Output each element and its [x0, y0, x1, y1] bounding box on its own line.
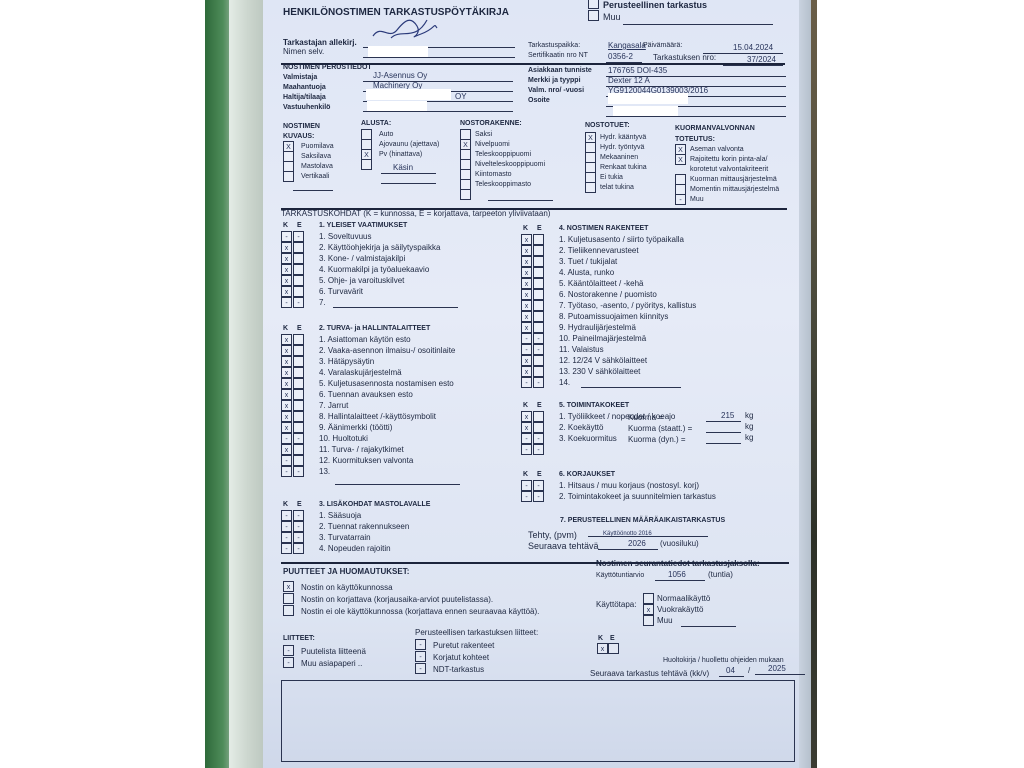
brand-value: Dexter 12 A [608, 76, 650, 86]
check-item-label: 12. Kuormituksen valvonta [319, 456, 413, 466]
description-option-label: Saksilava [301, 152, 331, 162]
serial-label: Valm. nro/ -vuosi [528, 86, 584, 96]
check-item-label: 1. Soveltuvuus [319, 232, 371, 242]
k-checkbox[interactable]: - [281, 455, 292, 466]
s1-blank-line [333, 307, 458, 308]
e-checkbox[interactable]: - [293, 231, 304, 242]
e-checkbox[interactable] [533, 245, 544, 256]
col-e-header: E [297, 324, 302, 334]
check-item-label: 10. Paineilmajärjestelmä [559, 334, 646, 344]
hours-label: Käyttötuntiarvio [596, 571, 644, 581]
e-checkbox[interactable]: - [533, 333, 544, 344]
k-checkbox[interactable]: x [521, 267, 532, 278]
check-item-label: 2. Vaaka-asennon ilmaisu-/ osoitinlaite [319, 346, 455, 356]
load-monitoring-option-label: Aseman valvonta [690, 145, 744, 155]
inspection-form-sheet: HENKILÖNOSTIMEN TARKASTUSPÖYTÄKIRJA Peru… [263, 0, 799, 768]
col-e-header: E [537, 470, 542, 480]
check-item-label: 4. Kuormakilpi ja työaluekaavio [319, 265, 429, 275]
description-line [293, 190, 333, 191]
e-checkbox[interactable]: - [293, 532, 304, 543]
check-item-label: 6. Tuennan avauksen esto [319, 390, 413, 400]
check-item-label: 4. Varalaskujärjestelmä [319, 368, 402, 378]
attachment-label: Muu asiapaperi .. [301, 659, 362, 669]
defect-option-label: Nostin on käyttökunnossa [301, 583, 393, 593]
k-checkbox[interactable]: - [521, 444, 532, 455]
place-label: Tarkastuspaikka: [528, 41, 580, 51]
check-item-label: 4. Alusta, runko [559, 268, 614, 278]
e-checkbox[interactable] [533, 289, 544, 300]
structure-checkbox[interactable] [460, 189, 471, 200]
e-checkbox[interactable]: - [293, 521, 304, 532]
e-checkbox[interactable] [533, 322, 544, 333]
photo-background: HENKILÖNOSTIMEN TARKASTUSPÖYTÄKIRJA Peru… [205, 0, 817, 768]
thorough-attachment-checkbox[interactable]: - [415, 663, 426, 674]
address-label: Osoite [528, 96, 550, 106]
structure-option-label: Teleskooppimasto [475, 180, 531, 190]
supports-option-label: Ei tukia [600, 173, 623, 183]
responsible-line [363, 111, 513, 112]
base-line-2 [381, 183, 436, 184]
check-item-label: 2. Koekäyttö [559, 423, 603, 433]
check-item-label: 3. Tuet / tukijalat [559, 257, 617, 267]
col-e-header: E [297, 221, 302, 231]
check-item-label: 10. Huoltotuki [319, 434, 368, 444]
k-checkbox[interactable]: x [281, 242, 292, 253]
usage-option-label: Vuokrakäyttö [657, 605, 703, 615]
k-checkbox[interactable]: x [521, 289, 532, 300]
notes-box[interactable] [281, 680, 795, 762]
e-checkbox[interactable]: - [533, 480, 544, 491]
check-item-label: 9. Äänimerkki (töötti) [319, 423, 392, 433]
hours-line [655, 580, 705, 581]
e-checkbox[interactable] [293, 367, 304, 378]
redacted-responsible [367, 101, 427, 111]
k-checkbox[interactable]: x [281, 264, 292, 275]
k-checkbox[interactable]: x [281, 367, 292, 378]
defect-checkbox[interactable]: x [283, 581, 294, 592]
structure-option-label: Nivelpuomi [475, 140, 510, 150]
load-monitoring-option-label: Rajoitettu korin pinta-ala/ [690, 155, 767, 165]
k-checkbox[interactable]: x [281, 334, 292, 345]
load-monitoring-option-label: Kuorman mittausjärjestelmä [690, 175, 777, 185]
brand-label: Merkki ja tyyppi [528, 76, 581, 86]
cert-value: 0356-2 [608, 52, 633, 62]
e-checkbox[interactable] [533, 256, 544, 267]
e-checkbox[interactable]: - [533, 344, 544, 355]
next-year: 2025 [768, 664, 786, 674]
s7-next-label: Seuraava tehtävä [528, 541, 599, 551]
check-item-label: 1. Hitsaus / muu korjaus (nostosyl. korj… [559, 481, 699, 491]
structure-heading: NOSTORAKENNE: [460, 119, 522, 129]
owner-label: Haltija/tilaaja [283, 93, 326, 103]
section-title-s2: 2. TURVA- ja HALLINTALAITTEET [319, 324, 430, 334]
defect-checkbox[interactable] [283, 593, 294, 604]
k-checkbox[interactable]: - [281, 510, 292, 521]
structure-line [488, 200, 553, 201]
k-checkbox[interactable]: - [281, 231, 292, 242]
k-checkbox[interactable]: - [281, 521, 292, 532]
s5-value-line [706, 432, 741, 433]
hours-suffix: (tuntia) [708, 570, 733, 580]
checks-heading: TARKASTUSKOHDAT (K = kunnossa, E = korja… [281, 209, 550, 219]
col-k-header: K [523, 401, 528, 411]
supports-option-label: telat tukina [600, 183, 634, 193]
e-checkbox[interactable] [293, 455, 304, 466]
attachment-checkbox[interactable]: - [283, 657, 294, 668]
e-checkbox[interactable] [293, 286, 304, 297]
s7-done-line [588, 536, 708, 537]
load-monitoring-checkbox[interactable]: X [675, 154, 686, 165]
importer-label: Maahantuoja [283, 83, 326, 93]
k-checkbox[interactable]: - [521, 480, 532, 491]
check-item-label: 5. Kääntölaitteet / -kehä [559, 279, 644, 289]
sleeve-right-edge [799, 0, 811, 768]
supports-checkbox[interactable] [585, 182, 596, 193]
load-monitoring-option-label: Muu [690, 195, 704, 205]
next-month: 04 [726, 666, 735, 676]
e-checkbox[interactable]: - [533, 444, 544, 455]
check-item-label: 12. 12/24 V sähkölaitteet [559, 356, 647, 366]
check-item-label: 1. Asiattoman käytön esto [319, 335, 411, 345]
check-item-label: 3. Koekuormitus [559, 434, 617, 444]
e-checkbox[interactable] [293, 356, 304, 367]
k-checkbox[interactable]: x [521, 411, 532, 422]
customer-id-value: 176765 DOI-435 [608, 66, 667, 76]
next-slash: / [748, 666, 750, 676]
k-checkbox[interactable]: - [521, 344, 532, 355]
col-k-header: K [523, 224, 528, 234]
s5-unit: kg [745, 433, 753, 443]
thorough-attachments-heading: Perusteellisen tarkastuksen liitteet: [415, 628, 538, 638]
e-checkbox[interactable] [293, 334, 304, 345]
number-line [723, 65, 783, 66]
label-perusteellinen: Perusteellinen tarkastus [603, 0, 707, 10]
e-checkbox[interactable] [293, 389, 304, 400]
k-checkbox[interactable]: x [281, 253, 292, 264]
redacted-address-1 [608, 93, 688, 104]
e-checkbox[interactable] [293, 411, 304, 422]
e-checkbox[interactable] [293, 242, 304, 253]
k-checkbox[interactable]: x [281, 411, 292, 422]
check-item-label: 8. Putoamissuojaimen kiinnitys [559, 312, 668, 322]
supports-option-label: Hydr. kääntyvä [600, 133, 646, 143]
check-item-label: 9. Hydraulijärjestelmä [559, 323, 636, 333]
k-checkbox[interactable]: x [281, 400, 292, 411]
s5-dynamic_label: Kuorma (dyn.) = [628, 435, 686, 445]
k-checkbox[interactable]: x [281, 378, 292, 389]
service-note: Huoltokirja / huollettu ohjeiden mukaan [663, 656, 784, 666]
usage-checkbox[interactable] [643, 593, 654, 604]
check-item-label: 7. Työtaso, -asento, / pyöritys, kallist… [559, 301, 696, 311]
base-option-label: Pv (hinattava) [379, 150, 422, 160]
e-checkbox[interactable]: - [293, 510, 304, 521]
check-item-label: 6. Nostorakenne / puomisto [559, 290, 657, 300]
e-checkbox[interactable] [533, 300, 544, 311]
k-checkbox[interactable]: - [281, 532, 292, 543]
check-item-label: 2. Käyttöohjekirja ja säilytyspaikka [319, 243, 440, 253]
plastic-sleeve-edge [229, 0, 265, 768]
usage-label: Käyttötapa: [596, 600, 636, 610]
e-checkbox[interactable]: - [293, 543, 304, 554]
k-checkbox[interactable]: - [281, 433, 292, 444]
s5-load_label: Kuorma = [628, 413, 663, 423]
k-checkbox[interactable]: - [521, 333, 532, 344]
k-checkbox[interactable]: x [281, 444, 292, 455]
manufacturer-value: JJ-Asennus Oy [373, 71, 427, 81]
section-title-s4: 4. NOSTIMEN RAKENTEET [559, 224, 648, 234]
e-checkbox[interactable]: - [293, 297, 304, 308]
check-item-label: 3. Kone- / valmistajakilpi [319, 254, 405, 264]
structure-option-label: Kiintomasto [475, 170, 512, 180]
cert-label: Sertifikaatin nro NT [528, 51, 588, 61]
k-checkbox[interactable]: x [281, 345, 292, 356]
k-checkbox[interactable]: - [521, 491, 532, 502]
base-handwritten: Käsin [393, 163, 413, 173]
k-checkbox[interactable]: - [521, 377, 532, 388]
col-k-header: K [283, 500, 288, 510]
description-heading: NOSTIMEN [283, 122, 320, 132]
section-title-s5: 5. TOIMINTAKOKEET [559, 401, 629, 411]
k-checkbox[interactable]: x [521, 422, 532, 433]
usage-option-label: Normaalikäyttö [657, 594, 710, 604]
s5-static_label: Kuorma (staatt.) = [628, 424, 692, 434]
address-line-2 [606, 116, 786, 117]
structure-option-label: Saksi [475, 130, 492, 140]
date-label: Päivämäärä: [643, 41, 682, 51]
k-checkbox[interactable]: x [281, 356, 292, 367]
handwritten-signature [371, 14, 441, 44]
base-option-label: Auto [379, 130, 393, 140]
load-monitoring-option-label: Momentin mittausjärjestelmä [690, 185, 779, 195]
e-checkbox[interactable] [293, 253, 304, 264]
section-title-s6: 6. KORJAUKSET [559, 470, 615, 480]
k-checkbox[interactable]: x [521, 322, 532, 333]
k-checkbox[interactable]: x [281, 286, 292, 297]
k-checkbox[interactable]: x [521, 366, 532, 377]
check-item-label: 13. 230 V sähkölaitteet [559, 367, 640, 377]
name-line [363, 57, 515, 58]
check-item-label: 6. Turvavärit [319, 287, 363, 297]
usage-option-label: Muu [657, 616, 673, 626]
col-k-header: K [283, 221, 288, 231]
load-monitoring-heading: KUORMANVALVONNAN [675, 124, 755, 134]
tracking-heading: Nostimen seurantatiedot tarkastusjaksoll… [596, 559, 760, 569]
manufacturer-label: Valmistaja [283, 73, 317, 83]
col-e-header: E [537, 224, 542, 234]
check-item-label: 2. Tuennat rakennukseen [319, 522, 409, 532]
description-checkbox[interactable] [283, 171, 294, 182]
k-checkbox[interactable]: x [521, 278, 532, 289]
e-checkbox[interactable] [533, 311, 544, 322]
s7-done-value: Käyttöönotto 2016 [603, 529, 652, 539]
k-checkbox[interactable]: x [281, 275, 292, 286]
e-checkbox[interactable] [293, 264, 304, 275]
s7-title: 7. PERUSTEELLINEN MÄÄRÄAIKAISTARKASTUS [560, 516, 725, 526]
supports-option-label: Renkaat tukina [600, 163, 647, 173]
supports-option-label: Mekaaninen [600, 153, 638, 163]
check-item-label: 4. Nopeuden rajoitin [319, 544, 391, 554]
label-muu-type: Muu [603, 12, 621, 22]
redacted-name [368, 46, 428, 57]
s5-load_value: 215 [721, 411, 734, 421]
usage-checkbox[interactable] [643, 615, 654, 626]
check-item-label: 5. Ohje- ja varoituskilvet [319, 276, 404, 286]
s7-next-line [598, 549, 658, 550]
tracking-e-checkbox[interactable] [608, 643, 619, 654]
thorough-attachment-checkbox[interactable]: - [415, 651, 426, 662]
k-checkbox[interactable]: x [521, 300, 532, 311]
basic-info-heading: NOSTIMEN PERUSTIEDOT [283, 63, 372, 73]
check-item-label: 7. Jarrut [319, 401, 348, 411]
load-monitoring-checkbox[interactable]: - [675, 194, 686, 205]
muu-type-line [623, 24, 773, 25]
structure-option-label: Nivelteleskooppipuomi [475, 160, 545, 170]
check-item-label: 5. Kuljetusasennosta nostamisen esto [319, 379, 454, 389]
e-checkbox[interactable] [293, 345, 304, 356]
description-option-label: Mastolava [301, 162, 333, 172]
structure-option-label: Teleskooppipuomi [475, 150, 531, 160]
section-title-s1: 1. YLEISET VAATIMUKSET [319, 221, 407, 231]
redacted-owner [366, 89, 451, 100]
check-item-label: 7. [319, 298, 326, 308]
s5-value-line [706, 443, 741, 444]
k-checkbox[interactable]: x [521, 234, 532, 245]
thorough-attachment-checkbox[interactable]: - [415, 639, 426, 650]
e-checkbox[interactable] [293, 444, 304, 455]
s7-next-suffix: (vuosiluku) [660, 539, 699, 549]
e-checkbox[interactable]: - [533, 377, 544, 388]
check-item-label: 14. [559, 378, 570, 388]
next-month-line [719, 676, 744, 677]
base-checkbox[interactable] [361, 159, 372, 170]
supports-heading: NOSTOTUET: [585, 121, 630, 131]
check-item-label: 2. Tieliikennevarusteet [559, 246, 639, 256]
check-item-label: 11. Valaistus [559, 345, 604, 355]
col-k-header: K [523, 470, 528, 480]
k-checkbox[interactable]: x [521, 245, 532, 256]
hours-value: 1056 [668, 570, 686, 580]
check-item-label: 2. Toimintakokeet ja suunnitelmien tarka… [559, 492, 716, 502]
defect-option-label: Nostin ei ole käyttökunnossa (korjattava… [301, 607, 539, 617]
e-checkbox[interactable] [293, 378, 304, 389]
check-item-label: 3. Hätäpysäytin [319, 357, 374, 367]
defects-heading: PUUTTEET JA HUOMAUTUKSET: [283, 567, 409, 577]
defect-checkbox[interactable] [283, 605, 294, 616]
col-e-header: E [297, 500, 302, 510]
supports-option-label: Hydr. työntyvä [600, 143, 644, 153]
e-checkbox[interactable] [293, 422, 304, 433]
s5-unit: kg [745, 411, 753, 421]
base-heading: ALUSTA: [361, 119, 391, 129]
thorough-attachment-label: NDT-tarkastus [433, 665, 484, 675]
check-item-label: 11. Turva- / rajakytkimet [319, 445, 404, 455]
attachment-checkbox[interactable]: - [283, 645, 294, 656]
s4-blank-line [581, 387, 681, 388]
k-checkbox[interactable]: x [281, 389, 292, 400]
s5-unit: kg [745, 422, 753, 432]
check-item-label: 1. Kuljetusasento / siirto työpaikalla [559, 235, 684, 245]
check-item-label: 8. Hallintalaitteet /-käyttösymbolit [319, 412, 436, 422]
e-checkbox[interactable] [533, 267, 544, 278]
thorough-attachment-label: Puretut rakenteet [433, 641, 494, 651]
e-checkbox[interactable]: - [293, 433, 304, 444]
place-value: Kangasala [608, 41, 646, 51]
description-option-label: Puomilava [301, 142, 334, 152]
attachment-label: Puutelista liitteenä [301, 647, 366, 657]
k-checkbox[interactable]: x [521, 256, 532, 267]
k-checkbox[interactable]: x [281, 422, 292, 433]
e-checkbox[interactable] [533, 411, 544, 422]
check-item-label: 3. Turvatarrain [319, 533, 371, 543]
description-option-label: Vertikaali [301, 172, 329, 182]
s7-next-value: 2026 [628, 539, 646, 549]
customer-id-label: Asiakkaan tunniste [528, 66, 592, 76]
k-checkbox[interactable]: x [521, 311, 532, 322]
section-title-s3: 3. LISÄKOHDAT MASTOLAVALLE [319, 500, 430, 510]
e-checkbox[interactable] [533, 366, 544, 377]
e-checkbox[interactable]: - [533, 491, 544, 502]
defect-option-label: Nostin on korjattava (korjausaika-arviot… [301, 595, 493, 605]
k-checkbox[interactable]: - [521, 433, 532, 444]
k-checkbox[interactable]: - [281, 297, 292, 308]
number-label: Tarkastuksen nro: [653, 53, 716, 63]
col-e-header: E [537, 401, 542, 411]
e-checkbox[interactable] [533, 278, 544, 289]
e-checkbox[interactable] [533, 355, 544, 366]
thorough-attachment-label: Korjatut kohteet [433, 653, 489, 663]
checkbox-perusteellinen[interactable] [588, 0, 599, 9]
e-checkbox[interactable]: - [293, 466, 304, 477]
base-line [381, 173, 436, 174]
next-year-line [755, 674, 805, 675]
load-monitoring-option-label: korotetut valvontakriteerit [690, 165, 768, 175]
usage-checkbox[interactable]: x [643, 604, 654, 615]
e-checkbox[interactable]: - [533, 433, 544, 444]
attachments-heading: LIITTEET: [283, 634, 315, 644]
e-checkbox[interactable] [533, 422, 544, 433]
k-checkbox[interactable]: - [281, 466, 292, 477]
tracking-k-checkbox[interactable]: x [597, 643, 608, 654]
name-label: Nimen selv. [283, 47, 324, 57]
check-item-label: 13. [319, 467, 330, 477]
base-option-label: Ajovaunu (ajettava) [379, 140, 439, 150]
date-value: 15.04.2024 [733, 43, 773, 53]
k-checkbox[interactable]: - [281, 543, 292, 554]
redacted-address-2 [613, 106, 678, 116]
checkbox-muu-type[interactable] [588, 10, 599, 21]
check-item-label: 1. Sääsuoja [319, 511, 361, 521]
col-k-header: K [283, 324, 288, 334]
k-checkbox[interactable]: x [521, 355, 532, 366]
usage-muu-line [681, 626, 736, 627]
responsible-label: Vastuuhenkilö [283, 103, 330, 113]
s2-blank-line [335, 484, 460, 485]
s7-done-label: Tehty, (pvm) [528, 530, 577, 540]
e-checkbox[interactable] [293, 400, 304, 411]
next-inspection-label: Seuraava tarkastus tehtävä (kk/v) [590, 669, 709, 679]
e-checkbox[interactable] [293, 275, 304, 286]
s5-value-line [706, 421, 741, 422]
e-checkbox[interactable] [533, 234, 544, 245]
